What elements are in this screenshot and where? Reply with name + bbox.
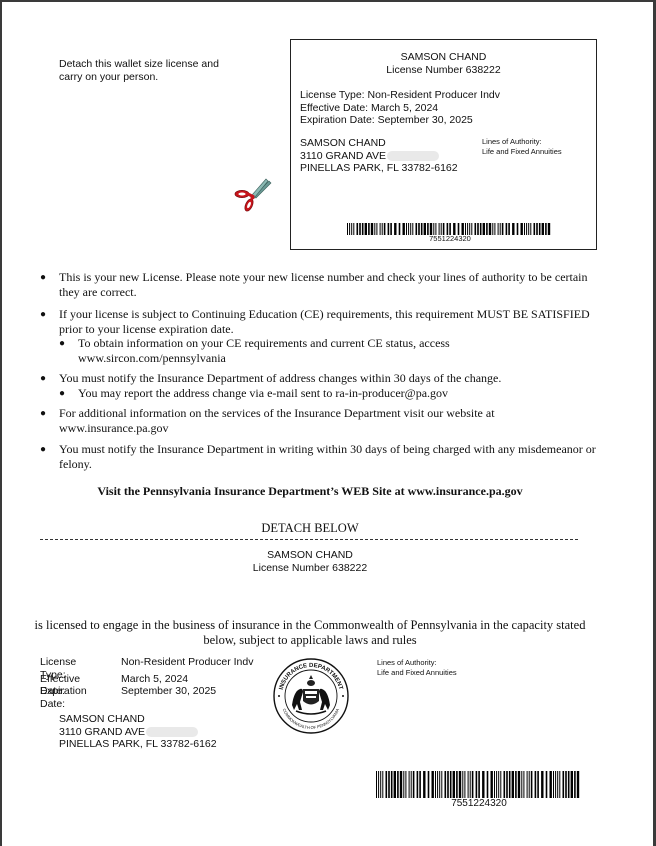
card-header: SAMSON CHAND License Number 638222 [291,51,596,77]
card-license-type: License Type: Non-Resident Producer Indv [300,89,500,102]
card-address-street: 3110 GRAND AVE [300,150,386,162]
redaction-blur [146,727,198,737]
card-address: SAMSON CHAND 3110 GRAND AVE PINELLAS PAR… [300,137,458,175]
certificate-loa-label: Lines of Authority: [377,658,457,668]
wallet-detach-note: Detach this wallet size license and carr… [59,58,239,84]
card-details: License Type: Non-Resident Producer Indv… [300,89,500,127]
certificate-address-street-line: 3110 GRAND AVE [59,726,217,739]
certificate-address-name: SAMSON CHAND [59,713,217,726]
certificate-lines-of-authority: Lines of Authority: Life and Fixed Annui… [377,658,457,678]
redaction-blur [387,151,439,161]
card-effective-date: Effective Date: March 5, 2024 [300,102,500,115]
certificate-address-city: PINELLAS PARK, FL 33782-6162 [59,738,217,751]
certificate-barcode-number: 7551224320 [376,798,582,809]
card-loa-value: Life and Fixed Annuities [482,147,562,157]
certificate-loa-value: Life and Fixed Annuities [377,668,457,678]
detach-dashed-line [40,539,578,540]
certificate-licensee-name: SAMSON CHAND [2,549,618,562]
certificate-barcode [376,771,582,798]
detach-below-label: DETACH BELOW [2,521,618,536]
card-licensee-name: SAMSON CHAND [291,51,596,64]
wallet-license-card: SAMSON CHAND License Number 638222 Licen… [290,39,597,250]
certificate-statement: is licensed to engage in the business of… [22,618,598,648]
card-license-number: License Number 638222 [291,64,596,77]
insurance-department-seal-icon: INSURANCE DEPARTMENT COMMONWEALTH OF PEN… [272,657,350,735]
visit-website-line: Visit the Pennsylvania Insurance Departm… [2,484,618,499]
card-loa-label: Lines of Authority: [482,137,562,147]
certificate-header: SAMSON CHAND License Number 638222 [2,549,618,575]
card-expiration-date: Expiration Date: September 30, 2025 [300,114,500,127]
card-barcode-number: 7551224320 [347,234,553,243]
document-page: Detach this wallet size license and carr… [2,2,653,846]
card-lines-of-authority: Lines of Authority: Life and Fixed Annui… [482,137,562,157]
certificate-license-number: License Number 638222 [2,562,618,575]
scissors-icon [233,177,273,213]
card-address-street-line: 3110 GRAND AVE [300,150,458,163]
certificate-address-street: 3110 GRAND AVE [59,726,145,738]
card-address-name: SAMSON CHAND [300,137,458,150]
card-address-city: PINELLAS PARK, FL 33782-6162 [300,162,458,175]
certificate-address: SAMSON CHAND 3110 GRAND AVE PINELLAS PAR… [59,713,217,751]
